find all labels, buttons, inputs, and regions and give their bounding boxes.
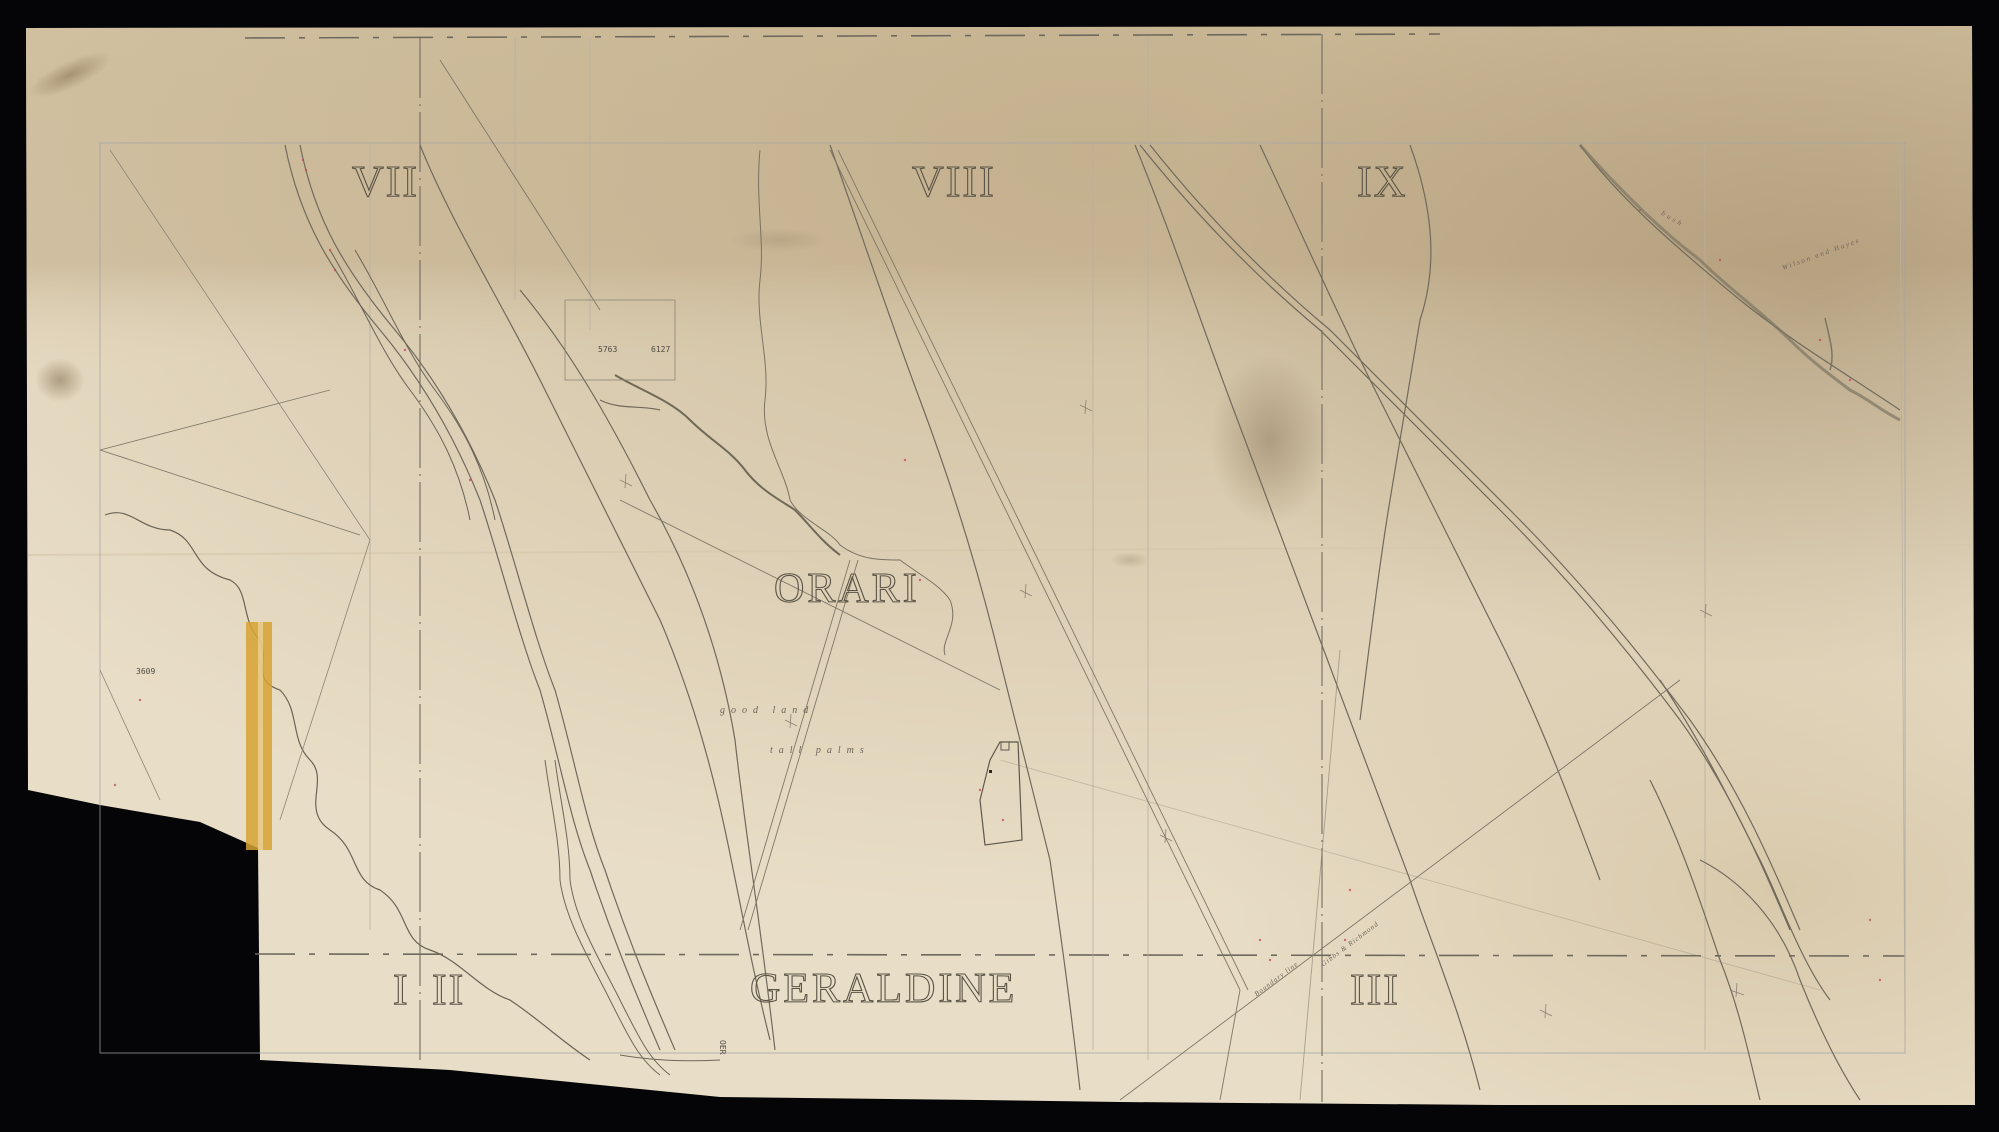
note-tall-palms: tall palms [770, 745, 870, 756]
lot-number-6127: 6127 [651, 345, 670, 354]
lot-number-5763: 5763 [598, 345, 617, 354]
district-label-geraldine: GERALDINE [750, 968, 1017, 1010]
grid-label-ix: IX [1357, 160, 1407, 204]
map-sheet: VII VIII IX I II III ORARI GERALDINE goo… [0, 0, 1999, 1132]
note-good-land: good land [720, 705, 814, 716]
lot-number-3609: 3609 [136, 667, 155, 676]
district-label-orari: ORARI [774, 568, 920, 610]
grid-label-ii: II [432, 968, 465, 1012]
grid-label-vii: VII [352, 160, 419, 204]
grid-label-iii: III [1350, 968, 1400, 1012]
margin-letters: OER [718, 1040, 727, 1054]
map-drawing [0, 0, 1999, 1132]
fingerprint-smudge [1210, 355, 1330, 525]
grid-label-i: I [393, 968, 410, 1012]
grid-label-viii: VIII [912, 160, 996, 204]
